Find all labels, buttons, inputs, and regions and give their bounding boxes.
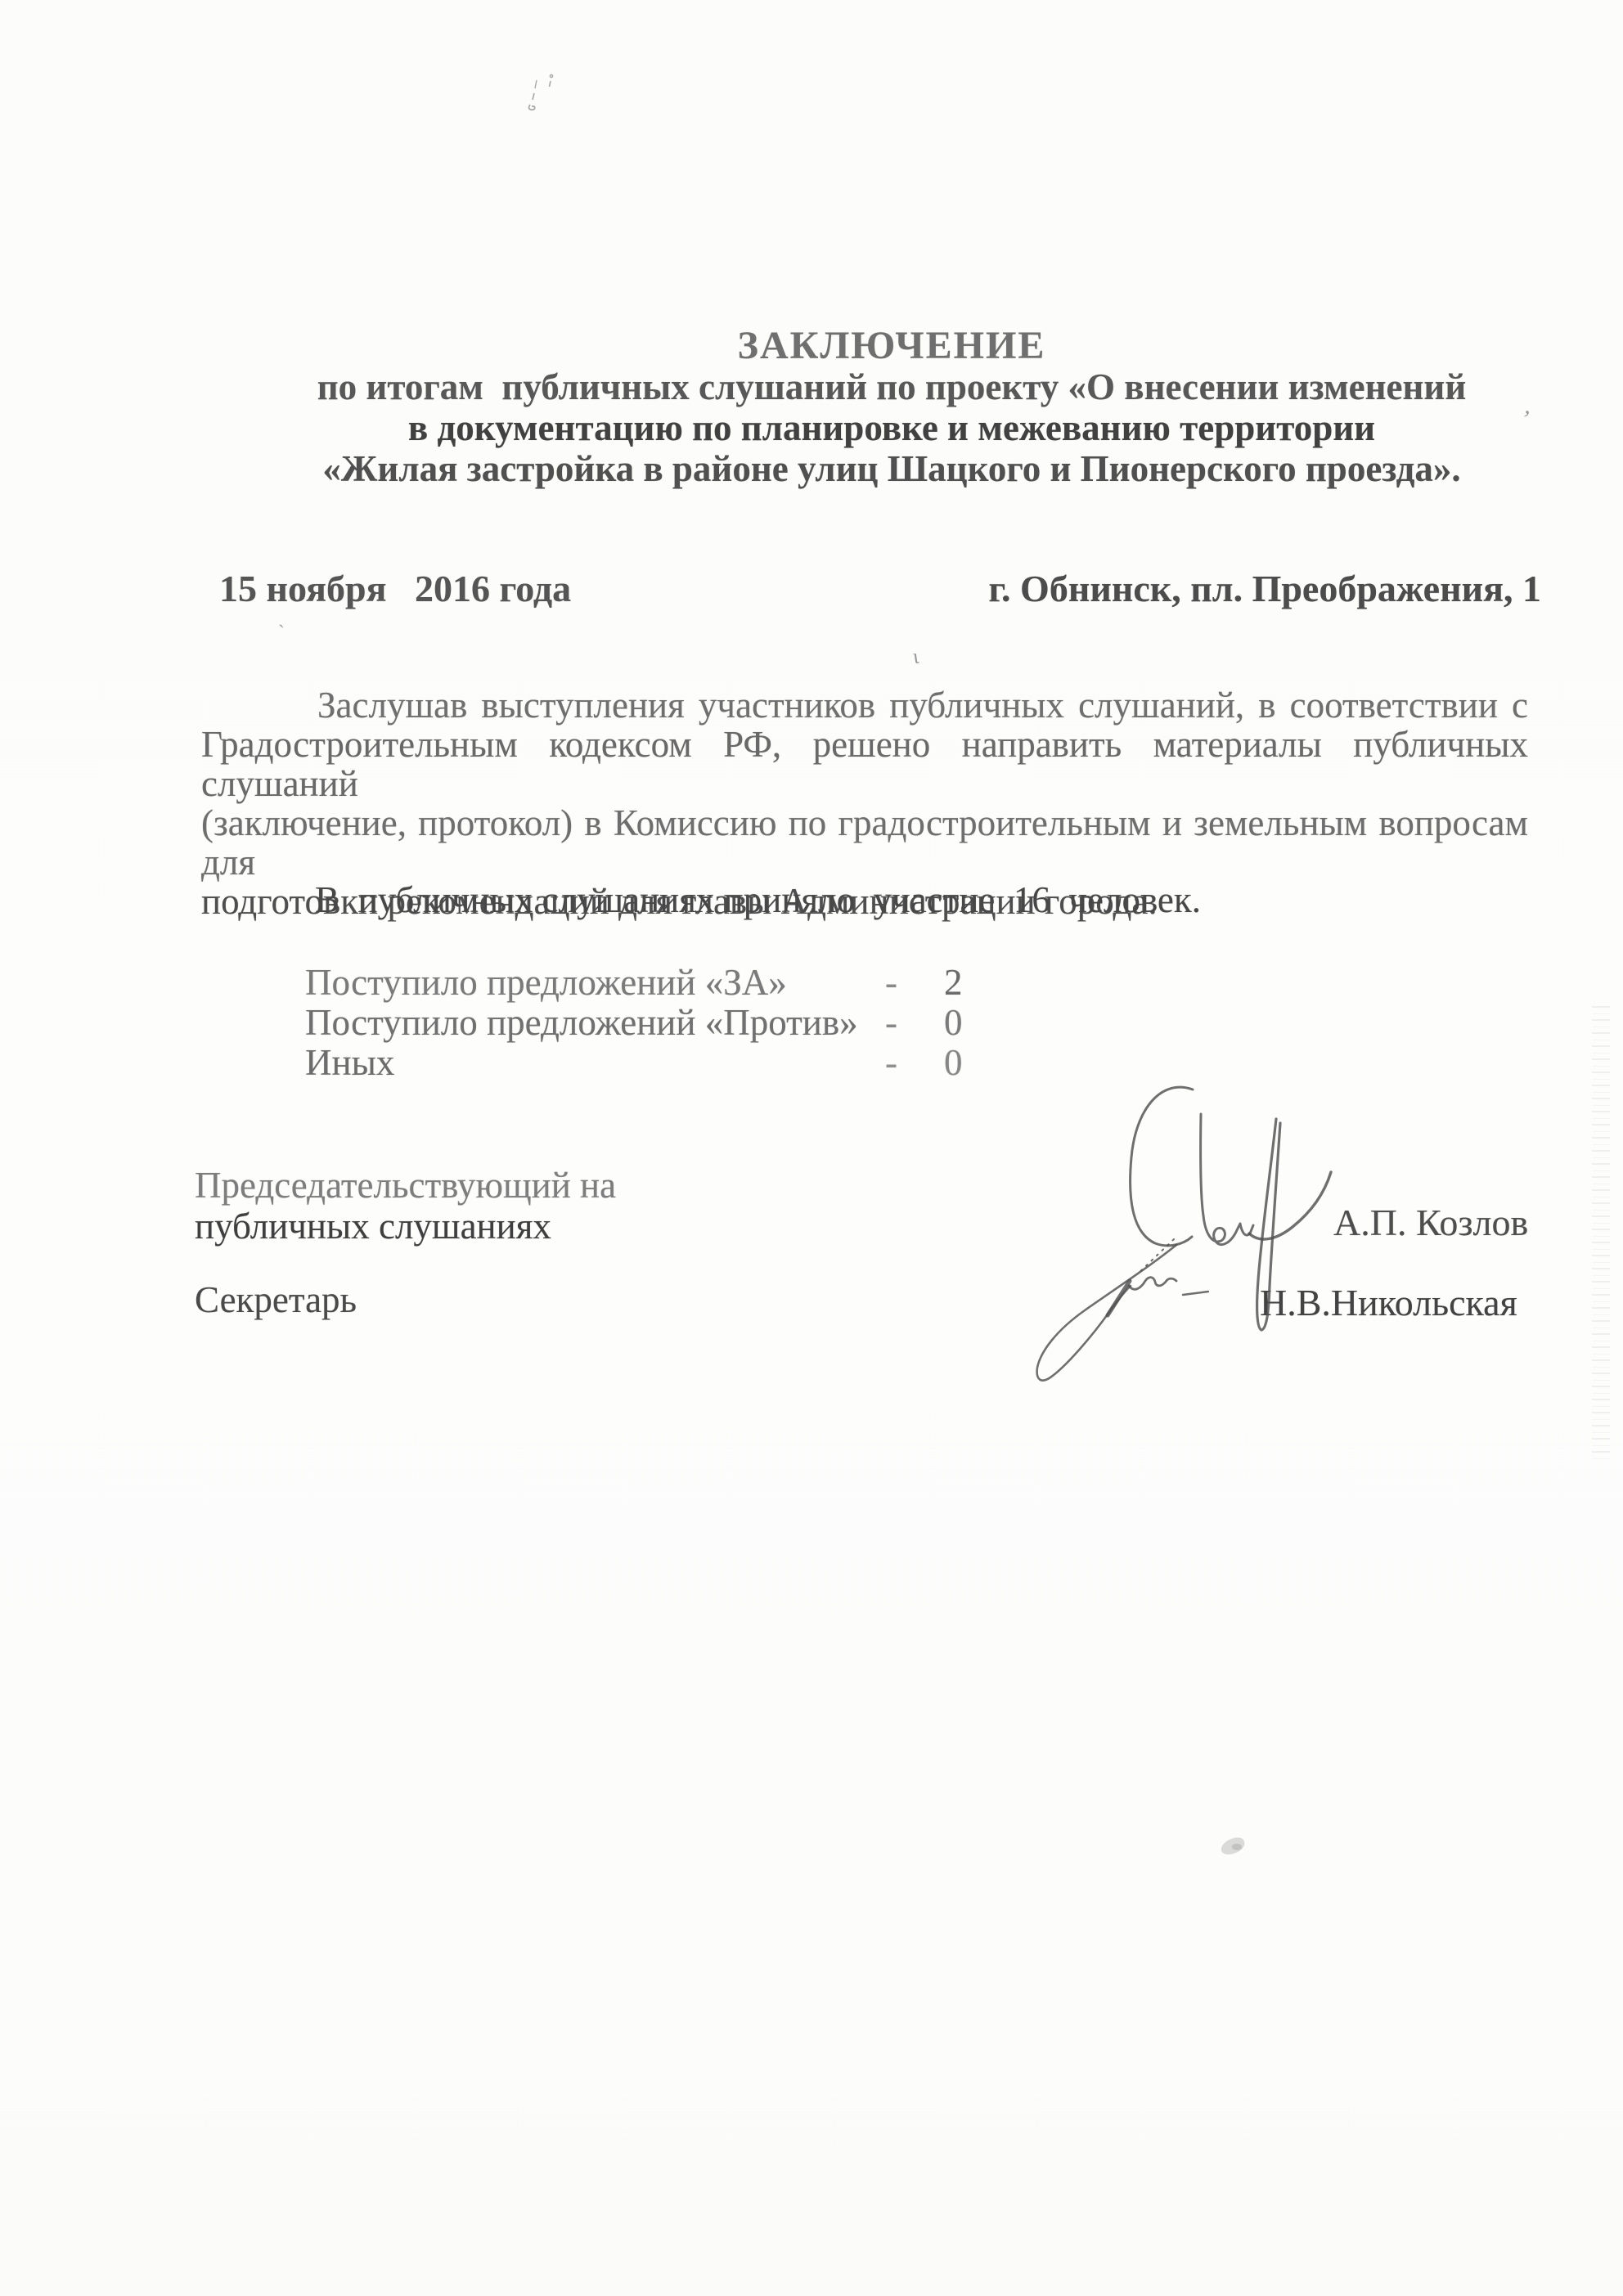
document-title: ЗАКЛЮЧЕНИЕ по итогам публичных слушаний …	[221, 326, 1562, 489]
handwritten-signatures	[965, 1072, 1391, 1456]
participation-line: В публичных слушаниях приняло участие 16…	[315, 880, 1201, 919]
chairman-role-line-1: Председательствующий на	[195, 1165, 616, 1206]
title-line-2: по итогам публичных слушаний по проекту …	[221, 366, 1562, 407]
proposals-list: Поступило предложений «ЗА» - 2 Поступило…	[305, 963, 1041, 1083]
secretary-role: Секретарь	[195, 1279, 357, 1320]
secretary-name: Н.В.Никольская	[1260, 1283, 1517, 1323]
proposal-value: 0	[933, 1003, 1041, 1043]
proposal-row-inykh: Иных - 0	[305, 1043, 1041, 1083]
proposal-dash: -	[882, 963, 933, 1003]
scanned-document-page: ЗАКЛЮЧЕНИЕ по итогам публичных слушаний …	[0, 0, 1623, 2296]
signature-kozlov-hairpin	[1201, 1114, 1253, 1245]
scanner-edge-noise	[1592, 1006, 1610, 1464]
proposal-label: Поступило предложений «ЗА»	[305, 963, 882, 1003]
chairman-name: А.П. Козлов	[1333, 1202, 1528, 1243]
document-place: г. Обнинск, пл. Преображения, 1	[988, 569, 1541, 609]
title-line-1: ЗАКЛЮЧЕНИЕ	[221, 326, 1562, 366]
proposal-row-protiv: Поступило предложений «Против» - 0	[305, 1003, 1041, 1043]
chairman-role-line-2: публичных слушаниях	[195, 1206, 551, 1247]
document-date: 15 ноября 2016 года	[219, 569, 571, 609]
date-place-row: 15 ноября 2016 года г. Обнинск, пл. Прео…	[219, 569, 1541, 609]
title-line-4: «Жилая застройка в районе улиц Шацкого и…	[221, 448, 1562, 489]
paragraph-line: (заключение, протокол) в Комиссию по гра…	[201, 803, 1528, 882]
scan-speck-artifact	[1232, 1844, 1242, 1850]
proposal-dash: -	[882, 1043, 933, 1083]
proposal-row-za: Поступило предложений «ЗА» - 2	[305, 963, 1041, 1003]
proposal-dash: -	[882, 1003, 933, 1043]
signature-kozlov-loop	[1131, 1087, 1193, 1246]
pencil-scribble-artifact	[524, 69, 573, 118]
stray-mark-artifact: ˏ	[278, 605, 285, 630]
proposal-label: Поступило предложений «Против»	[305, 1003, 882, 1043]
proposal-label: Иных	[305, 1043, 882, 1083]
stray-mark-artifact: ι	[911, 645, 920, 670]
signature-nikolskaya-loop	[1037, 1245, 1176, 1381]
paragraph-line: Заслушав выступления участников публичны…	[201, 685, 1528, 725]
signature-dotted-trail	[1137, 1239, 1174, 1274]
signature-nikolskaya-stem	[1108, 1281, 1130, 1315]
proposal-value: 0	[933, 1043, 1041, 1083]
title-line-3: в документацию по планировке и межеванию…	[221, 407, 1562, 448]
proposal-value: 2	[933, 963, 1041, 1003]
signature-nikolskaya-dash	[1183, 1292, 1208, 1295]
paragraph-line: Градостроительным кодексом РФ, решено на…	[201, 725, 1528, 803]
signature-kozlov-flourish	[1249, 1172, 1331, 1239]
signature-nikolskaya-squiggle	[1129, 1278, 1176, 1290]
